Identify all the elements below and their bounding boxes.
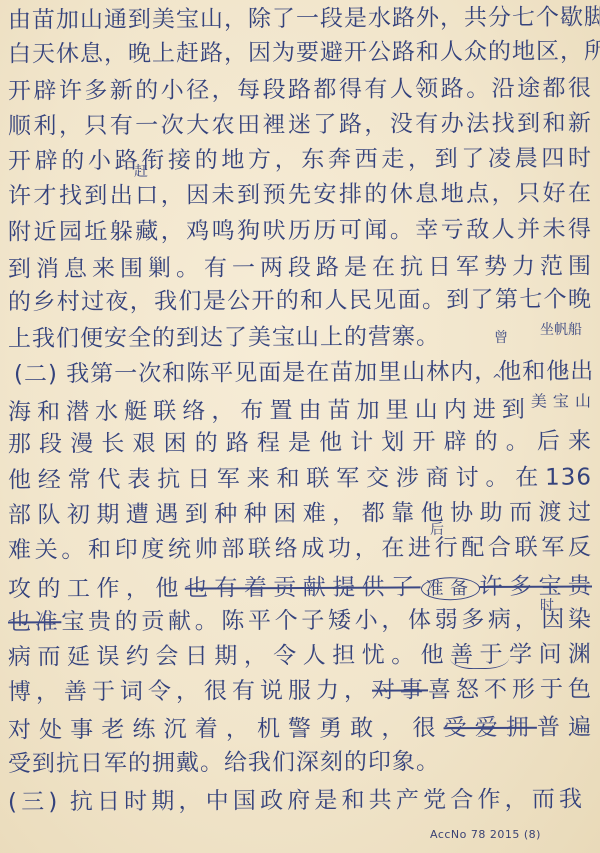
line-text: 病而延误约会日期，令人担忧。他 bbox=[8, 642, 450, 670]
looped-text: 善于 bbox=[450, 642, 509, 669]
text-line-11: (二) 我第一次和陈平见面是在苗加里山林内，他和他出 bbox=[14, 356, 592, 389]
text-line-20: 博，善于词令，很有说服力，对事喜怒不形于色 bbox=[8, 674, 592, 707]
line-text: 难关。和印度统帅部联络成功 bbox=[8, 536, 355, 564]
text-line-22: 受到抗日军的拥戴。给我们深刻的印象。 bbox=[8, 747, 448, 779]
line-text: 许才找到出口，因未 bbox=[8, 182, 237, 209]
text-line-16: 难关。和印度统帅部联络成功，在进行配合联军反 bbox=[8, 532, 592, 565]
line-text: 学问渊 bbox=[509, 641, 592, 667]
text-line-2: 白天休息，晚上赶路，因为要避开公路和人众的地区，所以要 bbox=[8, 36, 592, 69]
line-text: 上我们便安全的到达了美宝山上的营寨。 bbox=[8, 324, 440, 352]
insertion-gan: 赶 bbox=[134, 164, 148, 180]
text-line-6: 许才找到出口，因未到预先安排的休息地点，只好在 bbox=[8, 178, 592, 211]
circled-insertion: 准备 bbox=[421, 577, 480, 600]
line-text: 喜怒不形于色 bbox=[428, 676, 592, 703]
text-line-17: 攻的工作，他也有着贡献提供了准备许多宝贵 bbox=[8, 571, 592, 604]
struck-text: 也有着贡献提供了 bbox=[185, 574, 421, 601]
line-text: ，在进行配合联军反 bbox=[355, 534, 592, 561]
text-line-3: 开辟许多新的小径，每段路都得有人领路。沿途都很 bbox=[8, 73, 592, 106]
accession-number: AccNo 78 2015 (8) bbox=[430, 828, 541, 841]
line-text: 部队初期遭遇到种种困难，都靠他协助而渡过 bbox=[8, 499, 592, 528]
caret-mark: ^ bbox=[560, 366, 570, 380]
line-text: 海和潜水艇联络，布置由苗加里山内进到 bbox=[8, 397, 531, 426]
line-text: 出 bbox=[570, 358, 594, 384]
text-line-15: 部队初期遭遇到种种困难，都靠他协助而渡过 bbox=[8, 497, 592, 530]
caret-mark: ^ bbox=[492, 372, 502, 386]
line-text: 他经常代表抗日军来和联军交涉商讨。在136 bbox=[8, 464, 592, 493]
line-text: 的乡村过夜，我们是公开的和人民见面。到了第七个晚 bbox=[8, 286, 592, 315]
text-line-4: 顺利，只有一次大农田裡迷了路，没有办法找到和新 bbox=[8, 108, 592, 141]
text-line-12: 海和潜水艇联络，布置由苗加里山内进到美宝山 bbox=[8, 394, 592, 427]
text-line-5: 开辟的小路衔接的地方，东奔西走，到了凌晨四时 bbox=[8, 143, 592, 176]
text-line-1: 由苗加山通到美宝山，除了一段是水路外，共分七个歇脚站， bbox=[8, 2, 592, 35]
text-line-8: 到消息来围剿。有一两段路是在抗日军势力范围 bbox=[8, 251, 592, 284]
handwritten-page: 由苗加山通到美宝山，除了一段是水路外，共分七个歇脚站， 白天休息，晚上赶路，因为… bbox=[0, 0, 600, 853]
text-line-9: 的乡村过夜，我们是公开的和人民见面。到了第七个晚 bbox=[8, 284, 592, 317]
text-line-14: 他经常代表抗日军来和联军交涉商讨。在136 bbox=[8, 462, 592, 495]
line-text: 那段漫长艰困的路程是他计划开辟的。后来 bbox=[8, 428, 592, 457]
insertion-ceng: 曾 bbox=[494, 330, 508, 346]
line-text: (三) 抗日时期，中国政府是和共产党合作，而我 bbox=[8, 786, 583, 815]
insertion-zuo-fanchuan: 坐帆船 bbox=[540, 322, 582, 338]
line-text: 到预先安排的休息地点，只好在 bbox=[237, 180, 592, 208]
text-line-18: 也准宝贵的贡献。陈平个子矮小，体弱多病，因染 bbox=[8, 604, 592, 637]
line-text: 博，善于词令，很有说服力， bbox=[8, 678, 372, 706]
text-line-23: (三) 抗日时期，中国政府是和共产党合作，而我 bbox=[8, 784, 583, 817]
line-text: 白天休息，晚上赶路，因为要避开公路和人众的地区，所以要 bbox=[8, 38, 600, 67]
line-text: 受到抗日军的拥戴。给我们深刻的印象。 bbox=[8, 749, 440, 777]
line-text: 到消息来围剿。有一两段路是在抗日军势力范围 bbox=[8, 253, 592, 282]
line-text: 开辟的小路衔接的地方，东奔西走，到了凌晨四时 bbox=[8, 145, 592, 174]
text-line-21: 对处事老练沉着，机警勇敢，很受爱拥普遍 bbox=[8, 712, 592, 745]
line-text: 攻的工作，他 bbox=[8, 576, 185, 603]
line-text: 因染 bbox=[541, 606, 592, 632]
text-line-13: 那段漫长艰困的路程是他计划开辟的。后来 bbox=[8, 426, 592, 459]
text-line-7: 附近园坵躲藏，鸡鸣狗吠历历可闻。幸亏敌人并未得 bbox=[8, 214, 592, 247]
text-line-19: 病而延误约会日期，令人担忧。他善于学问渊 bbox=[8, 639, 592, 672]
line-text: 宝贵的贡献。陈平个子矮小，体弱多病， bbox=[61, 607, 541, 636]
struck-text: 许多宝贵 bbox=[480, 573, 593, 600]
text-line-10: 上我们便安全的到达了美宝山上的营寨。 bbox=[8, 322, 458, 354]
line-text: 附近园坵躲藏，鸡鸣狗吠历历可闻。幸亏敌人并未得 bbox=[8, 216, 592, 245]
line-text: 由苗加山通到美宝山，除了一段是水路外，共分七个歇脚站， bbox=[8, 4, 600, 33]
line-text: 开辟许多新的小径，每段路都得有人领路。沿途都很 bbox=[8, 75, 592, 104]
line-text: 对 bbox=[8, 717, 39, 743]
line-text: 普遍 bbox=[537, 714, 592, 740]
line-text: 顺利，只有一次大农田裡迷了路，没有办法找到和新 bbox=[8, 110, 592, 139]
struck-text: 对事 bbox=[372, 677, 428, 703]
line-text: (二) 我第一次和陈平见面是在苗加里山林内，他 bbox=[14, 359, 522, 388]
line-text-raised: 美宝山 bbox=[531, 391, 592, 410]
struck-text: 也准 bbox=[8, 609, 61, 635]
line-text: 处事老练沉着，机警勇敢，很 bbox=[39, 715, 444, 743]
struck-text: 受爱拥 bbox=[444, 715, 537, 741]
